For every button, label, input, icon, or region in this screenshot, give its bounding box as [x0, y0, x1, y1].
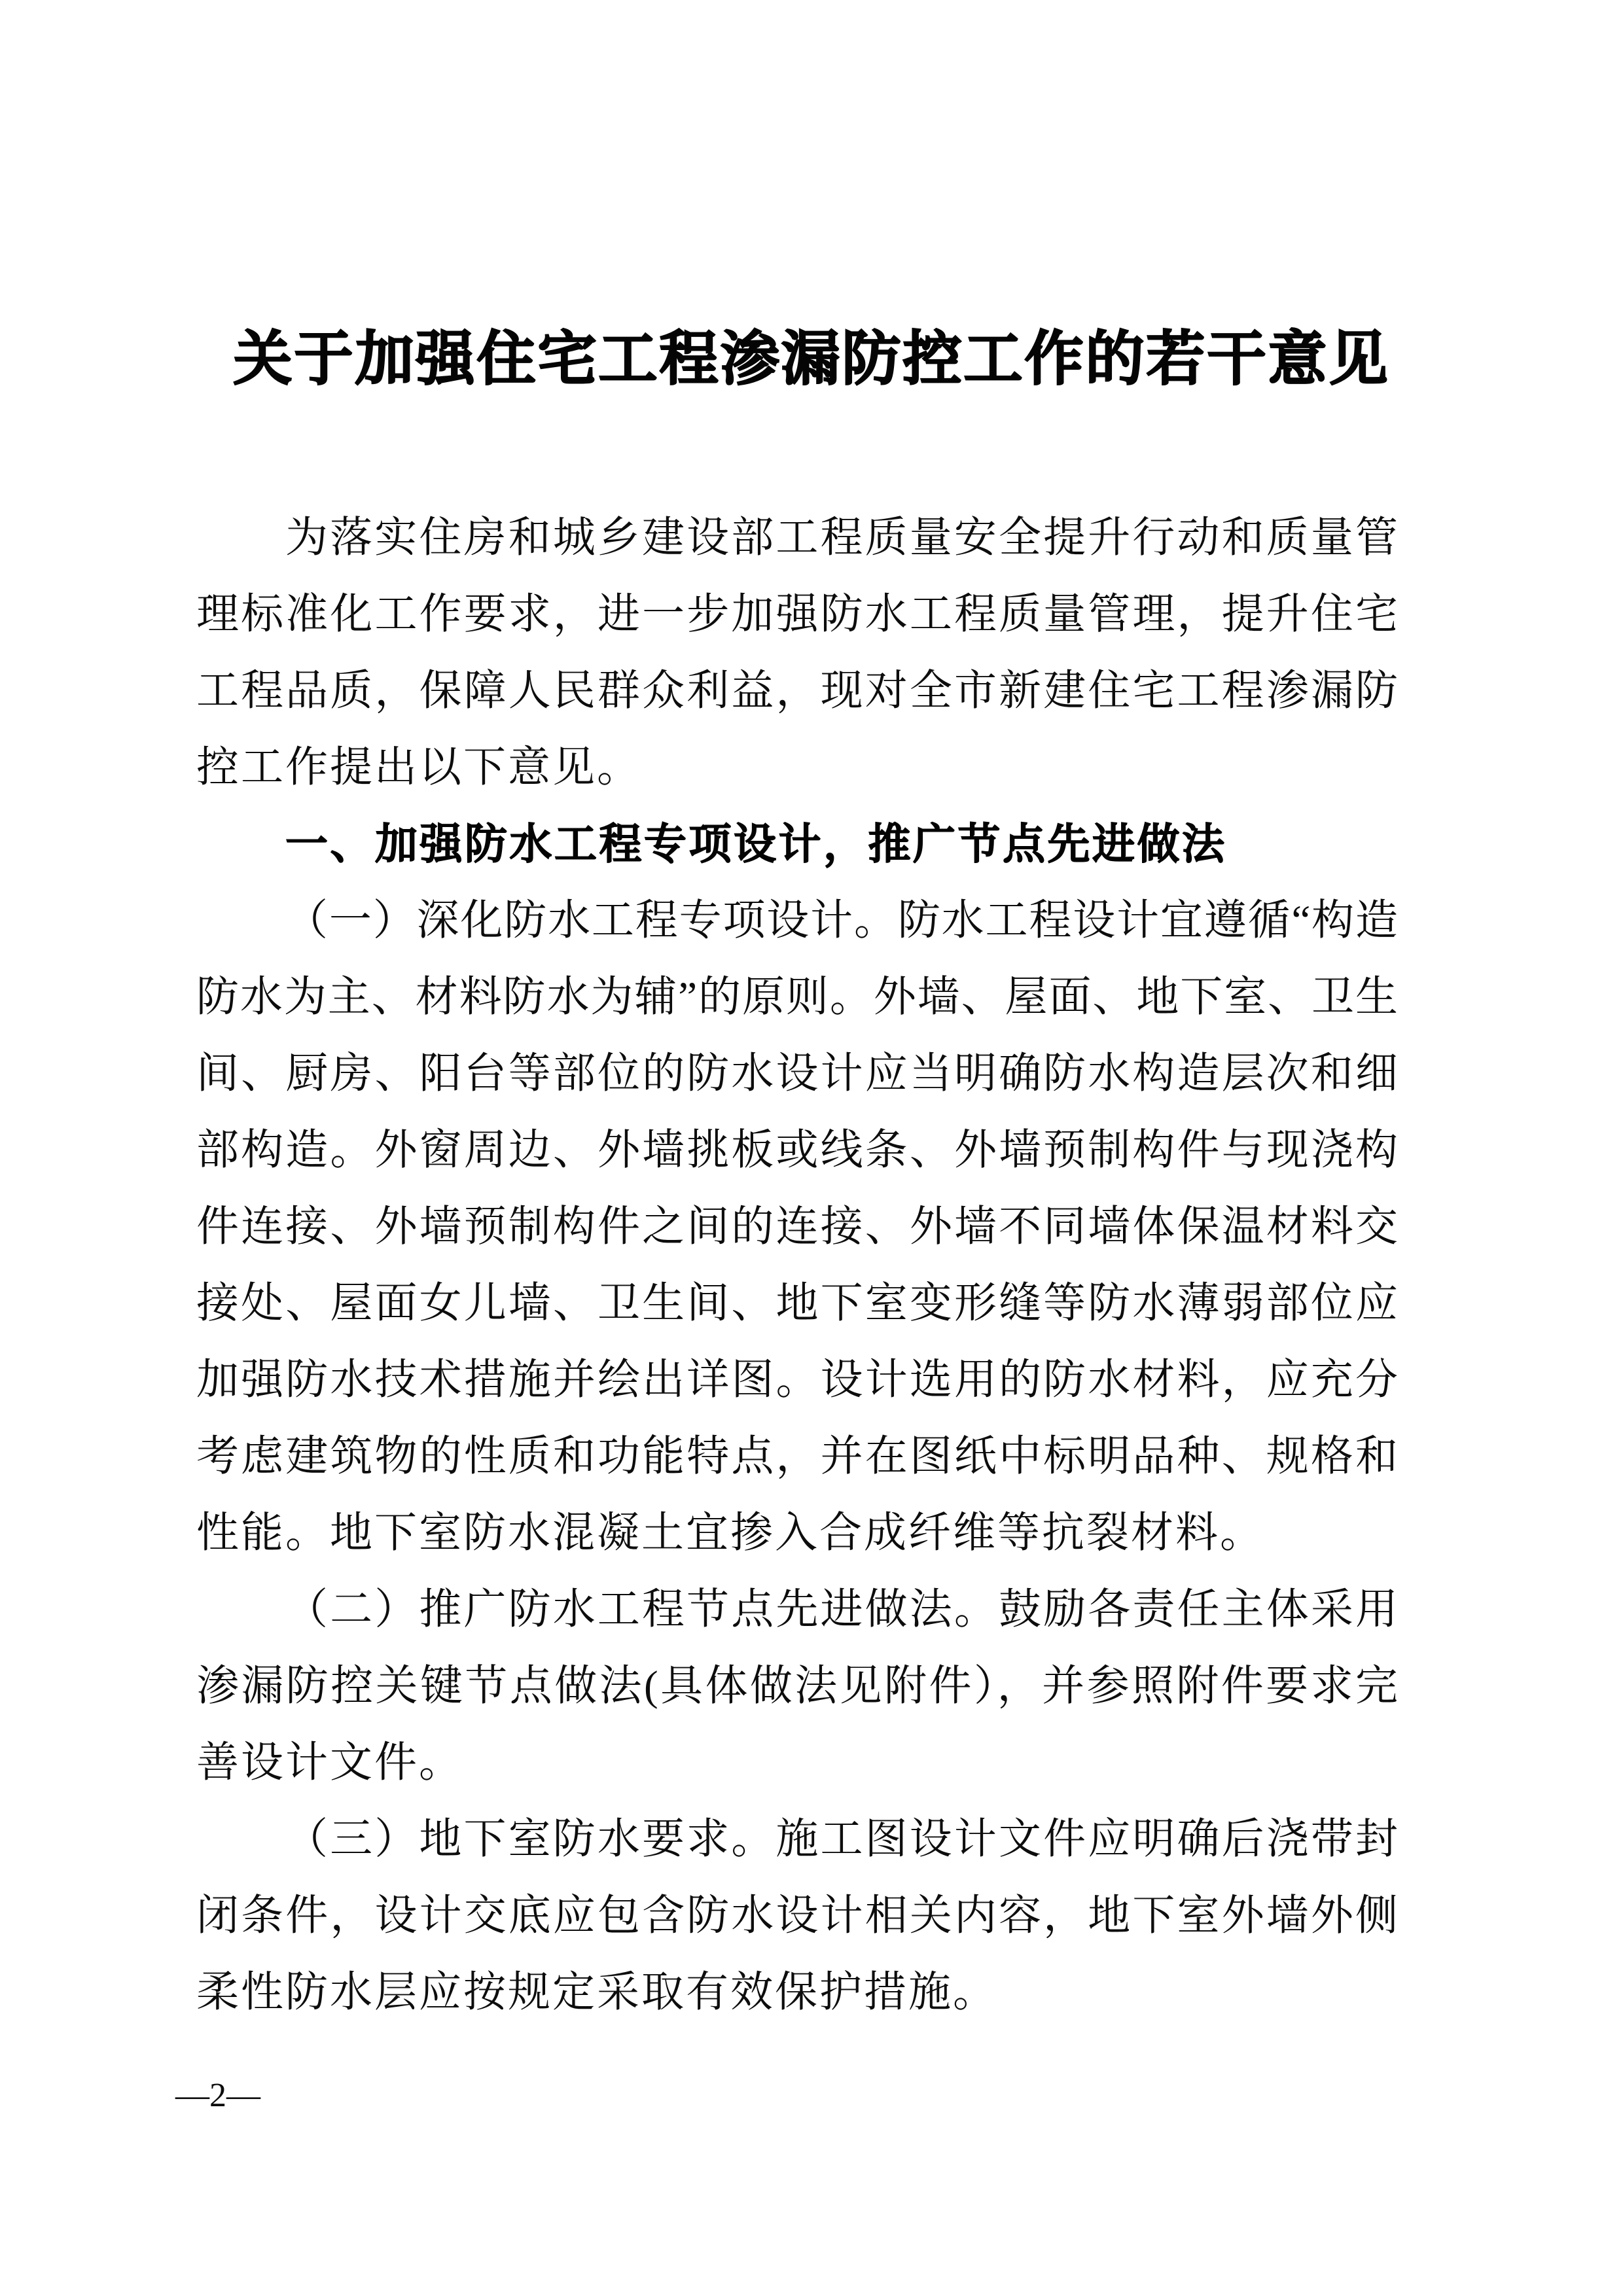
text-line: 防水为主、材料防水为辅”的原则。外墙、屋面、地下室、卫生 [196, 971, 1398, 1023]
document-page: 关于加强住宅工程渗漏防控工作的若干意见 为落实住房和城乡建设部工程质量安全提升行… [0, 0, 1623, 2296]
text-line: （一）深化防水工程专项设计。防水工程设计宜遵循“构造 [196, 894, 1398, 947]
text-line: 柔性防水层应按规定采取有效保护措施。 [196, 1966, 1398, 2019]
text-line: 性能。地下室防水混凝土宜掺入合成纤维等抗裂材料。 [196, 1507, 1398, 1559]
text-line: 部构造。外窗周边、外墙挑板或线条、外墙预制构件与现浇构 [196, 1124, 1398, 1176]
document-body: 为落实住房和城乡建设部工程质量安全提升行动和质量管理标准化工作要求，进一步加强防… [196, 0, 1398, 2296]
text-line: 善设计文件。 [196, 1737, 1398, 1789]
text-line: 为落实住房和城乡建设部工程质量安全提升行动和质量管 [196, 512, 1398, 564]
text-line: 闭条件，设计交底应包含防水设计相关内容，地下室外墙外侧 [196, 1890, 1398, 1942]
text-line: 工程品质，保障人民群众利益，现对全市新建住宅工程渗漏防 [196, 665, 1398, 717]
text-line: （三）地下室防水要求。施工图设计文件应明确后浇带封 [196, 1813, 1398, 1865]
text-line: 加强防水技术措施并绘出详图。设计选用的防水材料，应充分 [196, 1354, 1398, 1406]
page-number: —2— [175, 2075, 260, 2116]
text-line: 接处、屋面女儿墙、卫生间、地下室变形缝等防水薄弱部位应 [196, 1277, 1398, 1330]
text-line: 控工作提出以下意见。 [196, 741, 1398, 794]
section-heading: 一、加强防水工程专项设计，推广节点先进做法 [196, 818, 1398, 870]
text-line: 理标准化工作要求，进一步加强防水工程质量管理，提升住宅 [196, 588, 1398, 641]
text-line: 间、厨房、阳台等部位的防水设计应当明确防水构造层次和细 [196, 1048, 1398, 1100]
text-line: （二）推广防水工程节点先进做法。鼓励各责任主体采用 [196, 1583, 1398, 1636]
text-line: 考虑建筑物的性质和功能特点，并在图纸中标明品种、规格和 [196, 1430, 1398, 1483]
text-line: 渗漏防控关键节点做法(具体做法见附件），并参照附件要求完 [196, 1660, 1398, 1712]
text-line: 件连接、外墙预制构件之间的连接、外墙不同墙体保温材料交 [196, 1201, 1398, 1253]
